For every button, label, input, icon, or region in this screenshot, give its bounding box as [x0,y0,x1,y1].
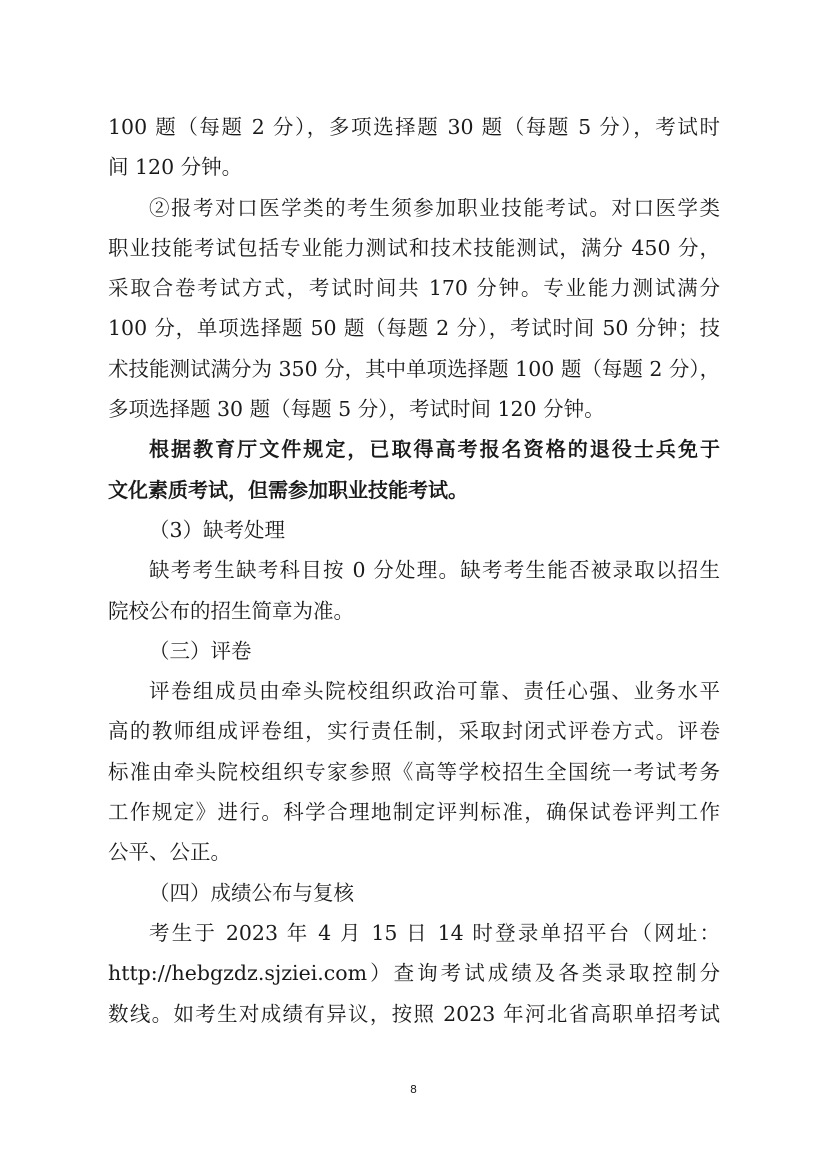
text-line-4: 职业技能考试包括专业能力测试和技术技能测试，满分 450 分， [108,228,720,268]
text-line-6: 100 分，单项选择题 50 题（每题 2 分），考试时间 50 分钟；技 [108,308,720,348]
text-line-18: 工作规定》进行。科学合理地制定评判标准，确保试卷评判工作 [108,792,720,832]
text-line-19: 公平、公正。 [108,832,720,872]
url-line: http://hebgzdz.sjziei.com）查询考试成绩及各类录取控制分 [108,953,720,993]
section-heading-scores: （四）成绩公布与复核 [108,873,720,913]
text-line-16: 高的教师组成评卷组，实行责任制，采取封闭式评卷方式。评卷 [108,711,720,751]
text-line-1: 100 题（每题 2 分），多项选择题 30 题（每题 5 分），考试时 [108,107,720,147]
text-line-5: 采取合卷考试方式，考试时间共 170 分钟。专业能力测试满分 [108,268,720,308]
page-body: 100 题（每题 2 分），多项选择题 30 题（每题 5 分），考试时 间 1… [108,107,720,1034]
text-line-15: 评卷组成员由牵头院校组织政治可靠、责任心强、业务水平 [108,671,720,711]
text-line-2: 间 120 分钟。 [108,147,720,187]
page-number: 8 [0,1083,827,1096]
document-page: 100 题（每题 2 分），多项选择题 30 题（每题 5 分），考试时 间 1… [0,0,827,1170]
section-heading-grading: （三）评卷 [108,631,720,671]
text-line-23: 数线。如考生对成绩有异议，按照 2023 年河北省高职单招考试 [108,994,720,1034]
section-heading-absence: （3）缺考处理 [108,510,720,550]
text-line-7: 术技能测试满分为 350 分，其中单项选择题 100 题（每题 2 分）， [108,349,720,389]
text-line-21: 考生于 2023 年 4 月 15 日 14 时登录单招平台（网址： [108,913,720,953]
text-line-17: 标准由牵头院校组织专家参照《高等学校招生全国统一考试考务 [108,752,720,792]
bold-notice-line-2: 文化素质考试，但需参加职业技能考试。 [108,470,720,510]
text-line-8: 多项选择题 30 题（每题 5 分），考试时间 120 分钟。 [108,389,720,429]
text-line-12: 缺考考生缺考科目按 0 分处理。缺考考生能否被录取以招生 [108,550,720,590]
text-line-13: 院校公布的招生简章为准。 [108,591,720,631]
text-line-3: ②报考对口医学类的考生须参加职业技能考试。对口医学类 [108,188,720,228]
bold-notice-line-1: 根据教育厅文件规定，已取得高考报名资格的退役士兵免于 [108,429,720,469]
